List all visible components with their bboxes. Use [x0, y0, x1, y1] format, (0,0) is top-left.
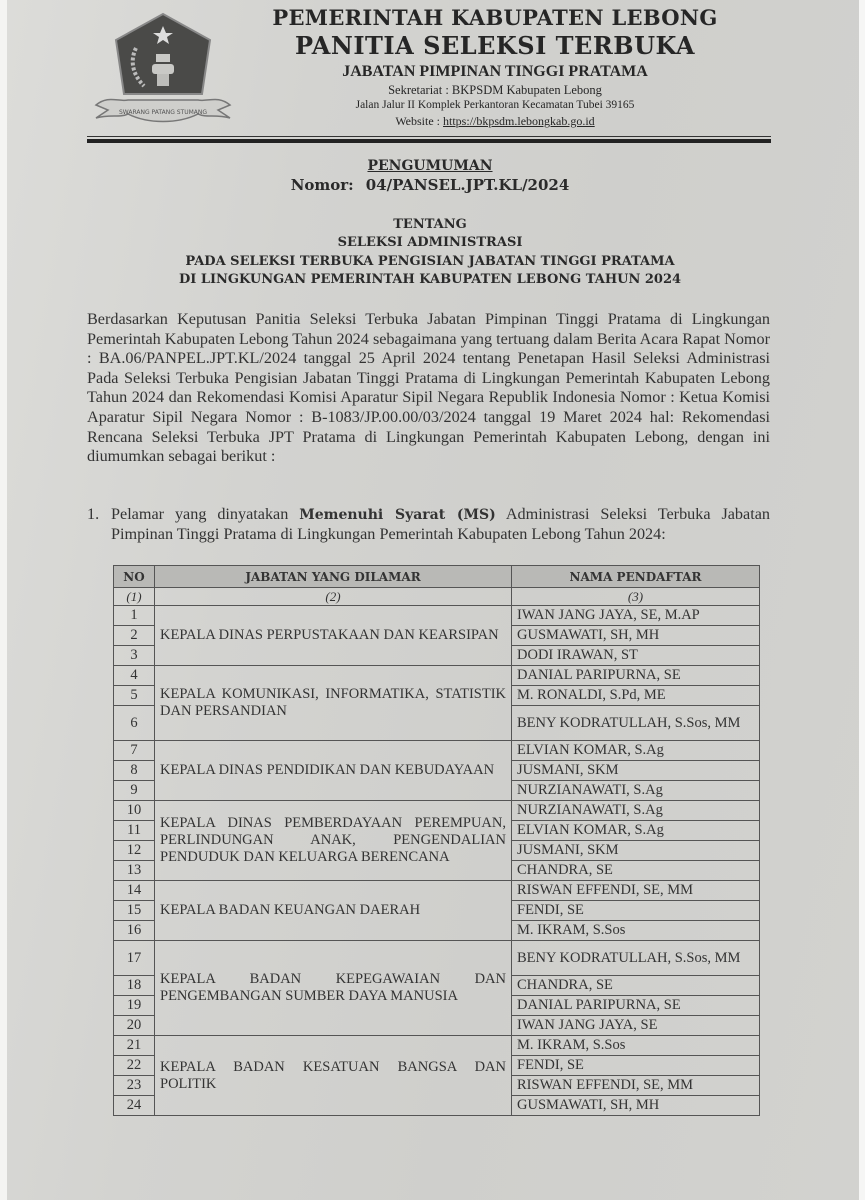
applicant-name: M. IKRAM, S.Sos	[512, 921, 760, 941]
position-cell: KEPALA BADAN KEUANGAN DAERAH	[155, 881, 512, 941]
letterhead-government: PEMERINTAH KABUPATEN LEBONG	[230, 5, 760, 30]
applicant-name: GUSMAWATI, SH, MH	[512, 1096, 760, 1116]
applicant-name: DODI IRAWAN, ST	[512, 646, 760, 666]
position-cell: KEPALA KOMUNIKASI, INFORMATIKA, STATISTI…	[155, 666, 512, 741]
row-number: 17	[114, 941, 155, 976]
applicant-name: ELVIAN KOMAR, S.Ag	[512, 821, 760, 841]
row-number: 24	[114, 1096, 155, 1116]
header-no: NO	[114, 566, 155, 588]
letterhead-divider-thick	[87, 139, 771, 143]
applicant-name: M. IKRAM, S.Sos	[512, 1036, 760, 1056]
applicant-name: ELVIAN KOMAR, S.Ag	[512, 741, 760, 761]
svg-text:SWARANG PATANG STUMANG: SWARANG PATANG STUMANG	[119, 109, 207, 116]
applicant-name: NURZIANAWATI, S.Ag	[512, 781, 760, 801]
row-number: 18	[114, 976, 155, 996]
applicant-name: CHANDRA, SE	[512, 976, 760, 996]
row-number: 21	[114, 1036, 155, 1056]
row-number: 3	[114, 646, 155, 666]
applicant-name: RISWAN EFFENDI, SE, MM	[512, 1076, 760, 1096]
row-number: 6	[114, 706, 155, 741]
page-edge	[859, 0, 865, 1200]
applicant-name: CHANDRA, SE	[512, 861, 760, 881]
position-cell: KEPALA DINAS PEMBERDAYAAN PEREMPUAN, PER…	[155, 801, 512, 881]
row-number: 22	[114, 1056, 155, 1076]
position-cell: KEPALA DINAS PERPUSTAKAAN DAN KEARSIPAN	[155, 606, 512, 666]
table-row: 4KEPALA KOMUNIKASI, INFORMATIKA, STATIST…	[114, 666, 760, 686]
position-cell: KEPALA BADAN KESATUAN BANGSA DAN POLITIK	[155, 1036, 512, 1116]
applicant-name: FENDI, SE	[512, 901, 760, 921]
applicant-name: GUSMAWATI, SH, MH	[512, 626, 760, 646]
applicant-name: M. RONALDI, S.Pd, ME	[512, 686, 760, 706]
subject-line-2: PADA SELEKSI TERBUKA PENGISIAN JABATAN T…	[80, 254, 780, 269]
letterhead-committee: PANITIA SELEKSI TERBUKA	[230, 31, 760, 60]
qualified-applicants-table: NO JABATAN YANG DILAMAR NAMA PENDAFTAR (…	[113, 565, 760, 1116]
applicant-name: IWAN JANG JAYA, SE, M.AP	[512, 606, 760, 626]
row-number: 2	[114, 626, 155, 646]
table-row: 1KEPALA DINAS PERPUSTAKAAN DAN KEARSIPAN…	[114, 606, 760, 626]
row-number: 1	[114, 606, 155, 626]
position-cell: KEPALA DINAS PENDIDIKAN DAN KEBUDAYAAN	[155, 741, 512, 801]
applicant-name: DANIAL PARIPURNA, SE	[512, 996, 760, 1016]
applicant-name: FENDI, SE	[512, 1056, 760, 1076]
intro-paragraph: Berdasarkan Keputusan Panitia Seleksi Te…	[87, 310, 770, 467]
row-number: 23	[114, 1076, 155, 1096]
row-number: 7	[114, 741, 155, 761]
applicant-name: RISWAN EFFENDI, SE, MM	[512, 881, 760, 901]
row-number: 8	[114, 761, 155, 781]
table-row: 10KEPALA DINAS PEMBERDAYAAN PEREMPUAN, P…	[114, 801, 760, 821]
letterhead-address: Jalan Jalur II Komplek Perkantoran Kecam…	[230, 99, 760, 111]
row-number: 20	[114, 1016, 155, 1036]
row-number: 13	[114, 861, 155, 881]
position-cell: KEPALA BADAN KEPEGAWAIAN DAN PENGEMBANGA…	[155, 941, 512, 1036]
row-number: 4	[114, 666, 155, 686]
table-row: 21KEPALA BADAN KESATUAN BANGSA DAN POLIT…	[114, 1036, 760, 1056]
row-number: 12	[114, 841, 155, 861]
website-label: Website :	[395, 114, 443, 128]
table-row: 17KEPALA BADAN KEPEGAWAIAN DAN PENGEMBAN…	[114, 941, 760, 976]
row-number: 15	[114, 901, 155, 921]
about-label: TENTANG	[80, 217, 780, 232]
table-row: 14KEPALA BADAN KEUANGAN DAERAHRISWAN EFF…	[114, 881, 760, 901]
row-number: 16	[114, 921, 155, 941]
applicant-name: BENY KODRATULLAH, S.Sos, MM	[512, 941, 760, 976]
lebong-emblem-icon: SWARANG PATANG STUMANG	[88, 10, 238, 128]
applicant-name: BENY KODRATULLAH, S.Sos, MM	[512, 706, 760, 741]
table-row: 7KEPALA DINAS PENDIDIKAN DAN KEBUDAYAANE…	[114, 741, 760, 761]
subject-line-3: DI LINGKUNGAN PEMERINTAH KABUPATEN LEBON…	[80, 272, 780, 287]
letterhead-position: JABATAN PIMPINAN TINGGI PRATAMA	[230, 63, 760, 81]
list-item-1: 1. Pelamar yang dinyatakan Memenuhi Syar…	[87, 505, 770, 544]
applicant-name: NURZIANAWATI, S.Ag	[512, 801, 760, 821]
announcement-heading: PENGUMUMAN	[80, 158, 780, 174]
header-name: NAMA PENDAFTAR	[512, 566, 760, 588]
row-number: 5	[114, 686, 155, 706]
row-number: 10	[114, 801, 155, 821]
row-number: 11	[114, 821, 155, 841]
applicant-name: JUSMANI, SKM	[512, 841, 760, 861]
website-link[interactable]: https://bkpsdm.lebongkab.go.id	[443, 114, 595, 128]
applicant-name: DANIAL PARIPURNA, SE	[512, 666, 760, 686]
letterhead-secretariat: Sekretariat : BKPSDM Kabupaten Lebong	[230, 83, 760, 98]
announcement-number: Nomor:04/PANSEL.JPT.KL/2024	[80, 176, 780, 194]
subject-line-1: SELEKSI ADMINISTRASI	[80, 235, 780, 250]
header-position: JABATAN YANG DILAMAR	[155, 566, 512, 588]
letterhead-website: Website : https://bkpsdm.lebongkab.go.id	[230, 114, 760, 129]
row-number: 9	[114, 781, 155, 801]
row-number: 14	[114, 881, 155, 901]
letterhead-divider	[87, 136, 771, 137]
applicant-name: JUSMANI, SKM	[512, 761, 760, 781]
applicant-name: IWAN JANG JAYA, SE	[512, 1016, 760, 1036]
row-number: 19	[114, 996, 155, 1016]
